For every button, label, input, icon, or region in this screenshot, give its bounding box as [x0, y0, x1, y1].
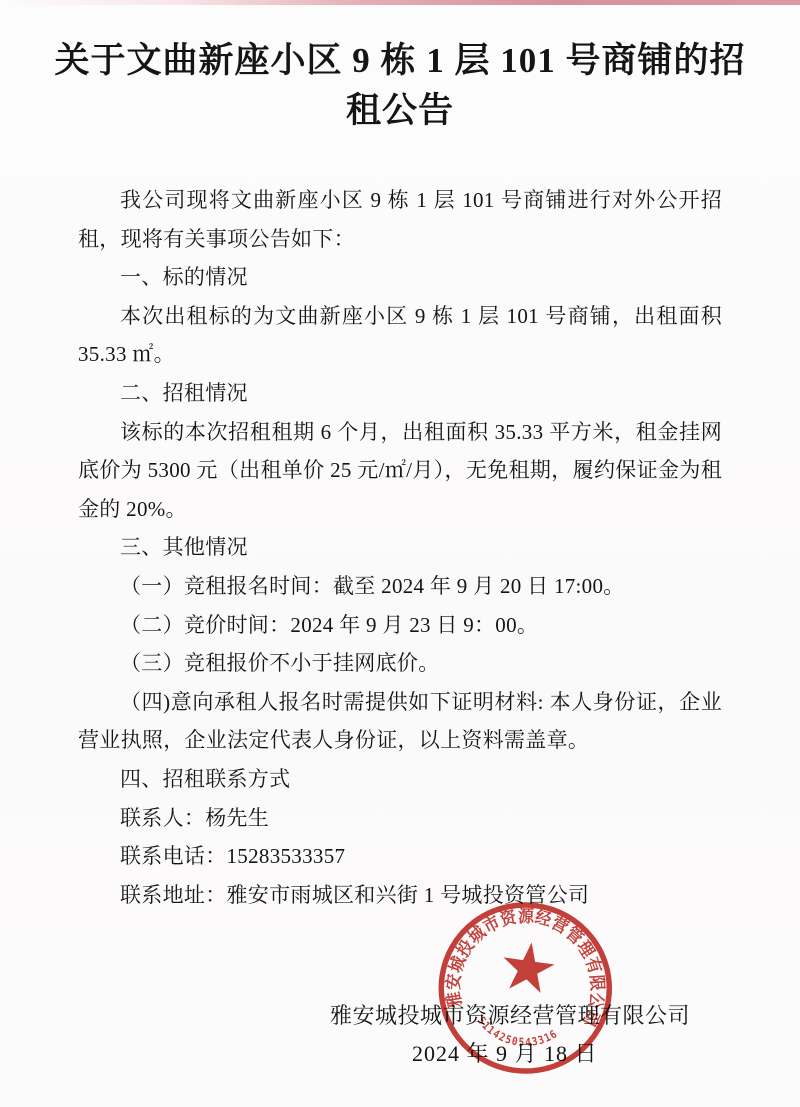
- section-3-item-4: （四)意向承租人报名时需提供如下证明材料: 本人身份证，企业营业执照，企业法定代…: [78, 683, 722, 760]
- document-body: 我公司现将文曲新座小区 9 栋 1 层 101 号商铺进行对外公开招租，现将有关…: [78, 181, 722, 914]
- section-2-body: 该标的本次招租租期 6 个月，出租面积 35.33 平方米，租金挂网底价为 53…: [78, 413, 722, 529]
- section-4-heading: 四、招租联系方式: [78, 760, 722, 799]
- section-2-heading: 二、招租情况: [78, 374, 722, 413]
- scanned-announcement-page: 关于文曲新座小区 9 栋 1 层 101 号商铺的招 租公告 我公司现将文曲新座…: [0, 0, 800, 1107]
- seal-star-icon: [499, 939, 557, 994]
- section-1-body: 本次出租标的为文曲新座小区 9 栋 1 层 101 号商铺，出租面积 35.33…: [78, 297, 722, 374]
- section-1-heading: 一、标的情况: [78, 258, 722, 297]
- section-3-heading: 三、其他情况: [78, 528, 722, 567]
- svg-text:5114250543316: 5114250543316: [472, 1013, 562, 1054]
- contact-address-line: 联系地址：雅安市雨城区和兴街 1 号城投资管公司: [78, 876, 722, 915]
- contact-person-line: 联系人：杨先生: [78, 799, 722, 838]
- intro-paragraph: 我公司现将文曲新座小区 9 栋 1 层 101 号商铺进行对外公开招租，现将有关…: [78, 181, 722, 258]
- page-title-line-2: 租公告: [50, 86, 750, 136]
- page-title: 关于文曲新座小区 9 栋 1 层 101 号商铺的招 租公告: [50, 36, 750, 136]
- seal-graphic: 雅安城投城市资源经营管理有限公司 5114250543316: [421, 886, 629, 1094]
- section-3-item-1: （一）竞租报名时间：截至 2024 年 9 月 20 日 17:00。: [78, 567, 722, 606]
- section-3-item-3: （三）竞租报价不小于挂网底价。: [78, 644, 722, 683]
- contact-phone-line: 联系电话：15283533357: [78, 837, 722, 876]
- page-title-line-1: 关于文曲新座小区 9 栋 1 层 101 号商铺的招: [50, 36, 750, 86]
- section-3-item-2: （二）竞价时间：2024 年 9 月 23 日 9：00。: [78, 606, 722, 645]
- seal-serial-number: 5114250543316: [472, 1013, 562, 1054]
- official-seal-stamp: 雅安城投城市资源经营管理有限公司 5114250543316: [421, 886, 629, 1094]
- scan-edge-artifact: [0, 0, 800, 5]
